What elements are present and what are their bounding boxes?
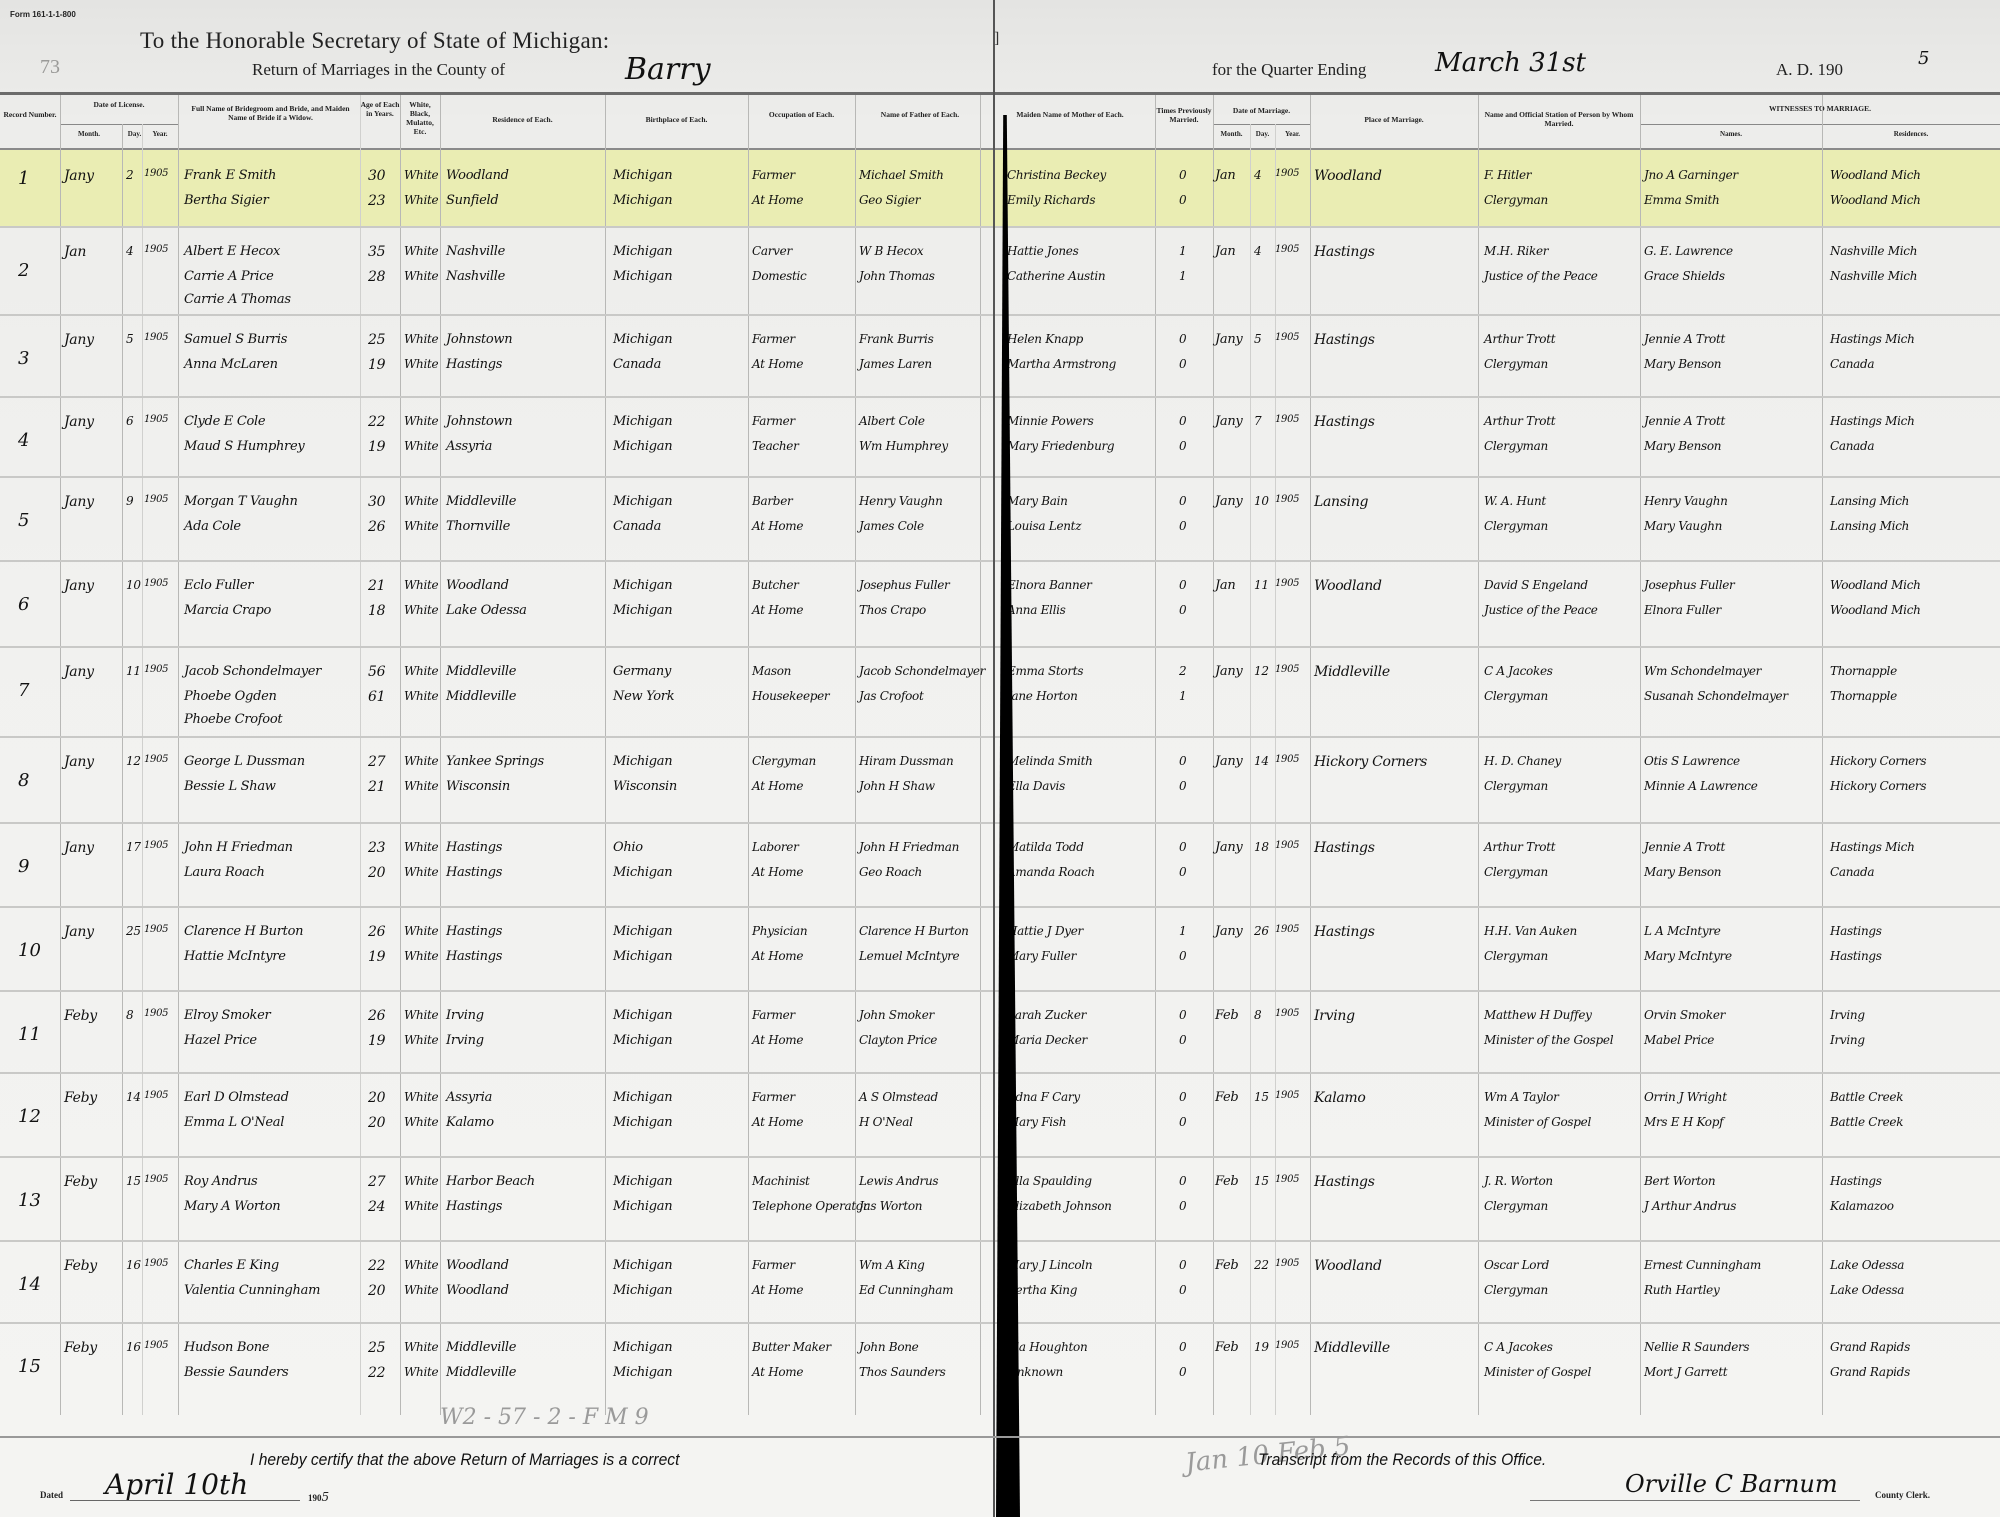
residence: Middleville	[446, 689, 516, 704]
residence: Middleville	[446, 1365, 516, 1380]
record-number: 9	[18, 856, 29, 877]
groom-name: Samuel S Burris	[184, 332, 287, 347]
marriage-day: 26	[1254, 924, 1269, 938]
license-day: 14	[126, 1090, 141, 1104]
officiant: Clergyman	[1484, 779, 1548, 793]
col-header-license-year: Year.	[142, 130, 178, 138]
witness-residence: Hastings	[1830, 949, 1882, 963]
bride-name: Emma L O'Neal	[184, 1115, 284, 1130]
bride-name: Maud S Humphrey	[184, 439, 304, 454]
witness-name: Mary Benson	[1644, 357, 1721, 371]
residence: Middleville	[446, 494, 516, 509]
birthplace: Michigan	[613, 168, 672, 183]
mother-name: Emily Richards	[1007, 193, 1095, 207]
father-name: W B Hecox	[859, 244, 923, 258]
father-name: Lemuel McIntyre	[859, 949, 959, 963]
col-header-mother: Maiden Name of Mother of Each.	[985, 110, 1155, 119]
residence: Woodland	[446, 1258, 509, 1273]
occupation: Housekeeper	[752, 689, 829, 703]
color: White	[404, 1365, 438, 1379]
witness-name: Orrin J Wright	[1644, 1090, 1727, 1104]
place-of-marriage: Woodland	[1314, 168, 1382, 184]
color: White	[404, 1283, 438, 1297]
marriage-year: 1905	[1275, 332, 1299, 343]
officiant: Clergyman	[1484, 193, 1548, 207]
color: White	[404, 1115, 438, 1129]
groom-name: Albert E Hecox	[184, 244, 280, 259]
residence: Yankee Springs	[446, 754, 544, 769]
marriage-month: Jan	[1215, 578, 1235, 593]
residence: Assyria	[446, 1090, 492, 1105]
occupation: Telephone Operator	[752, 1199, 868, 1213]
column-rule	[360, 95, 361, 1415]
marriage-year: 1905	[1275, 578, 1299, 589]
times-married: 0	[1179, 1115, 1186, 1129]
license-month: Jany	[64, 494, 94, 510]
color: White	[404, 168, 438, 182]
witness-name: Susanah Schondelmayer	[1644, 689, 1788, 703]
occupation: Barber	[752, 494, 792, 508]
witness-residence: Irving	[1830, 1008, 1865, 1022]
marriage-month: Jany	[1215, 664, 1242, 679]
witness-residence: Woodland Mich	[1830, 193, 1921, 207]
father-name: Clarence H Burton	[859, 924, 969, 938]
color: White	[404, 519, 438, 533]
mother-name: Catherine Austin	[1007, 269, 1105, 283]
license-day: 16	[126, 1258, 141, 1272]
residence: Thornville	[446, 519, 510, 534]
age: 19	[368, 439, 385, 455]
occupation: At Home	[752, 603, 803, 617]
column-rule	[1310, 95, 1311, 1415]
marriage-year: 1905	[1275, 1174, 1299, 1185]
groom-name: Clarence H Burton	[184, 924, 303, 939]
license-year: 1905	[144, 578, 168, 589]
mother-name: Mary Fuller	[1007, 949, 1076, 963]
marriage-day: 22	[1254, 1258, 1269, 1272]
birthplace: Michigan	[613, 494, 672, 509]
times-married: 0	[1179, 439, 1186, 453]
groom-name: Morgan T Vaughn	[184, 494, 298, 509]
col-header-full-name: Full Name of Bridegroom and Bride, and M…	[188, 104, 353, 122]
license-year: 1905	[144, 1090, 168, 1101]
groom-name: Jacob Schondelmayer	[184, 664, 321, 679]
times-married: 0	[1179, 168, 1186, 182]
record-number: 1	[18, 168, 29, 189]
occupation: Farmer	[752, 414, 795, 428]
witness-residence: Battle Creek	[1830, 1090, 1903, 1104]
times-married: 0	[1179, 1008, 1186, 1022]
father-name: James Cole	[859, 519, 924, 533]
father-name: Hiram Dussman	[859, 754, 953, 768]
license-month: Jany	[64, 578, 94, 594]
place-of-marriage: Hastings	[1314, 244, 1375, 260]
marriage-year: 1905	[1275, 664, 1299, 675]
color: White	[404, 269, 438, 283]
witness-name: G. E. Lawrence	[1644, 244, 1733, 258]
marriage-year: 1905	[1275, 840, 1299, 851]
birthplace: Wisconsin	[613, 779, 677, 794]
age: 20	[368, 1115, 385, 1131]
place-of-marriage: Middleville	[1314, 1340, 1390, 1356]
father-name: Clayton Price	[859, 1033, 937, 1047]
witness-residence: Hickory Corners	[1830, 779, 1926, 793]
officiant: Clergyman	[1484, 357, 1548, 371]
color: White	[404, 1008, 438, 1022]
father-name: Thos Crapo	[859, 603, 926, 617]
marriage-month: Jany	[1215, 332, 1242, 347]
color: White	[404, 840, 438, 854]
document-subtitle: Return of Marriages in the County of	[252, 60, 505, 80]
witness-residence: Grand Rapids	[1830, 1365, 1910, 1379]
col-header-times-married: Times Previously Married.	[1155, 106, 1213, 124]
witness-residence: Canada	[1830, 865, 1874, 879]
record-number: 14	[18, 1274, 41, 1295]
license-year: 1905	[144, 664, 168, 675]
bride-name: Hazel Price	[184, 1033, 257, 1048]
residence: Woodland	[446, 578, 509, 593]
birthplace: Michigan	[613, 1090, 672, 1105]
col-header-marriage-month: Month.	[1213, 130, 1250, 138]
col-header-marriage-year: Year.	[1275, 130, 1310, 138]
col-header-place: Place of Marriage.	[1310, 115, 1478, 124]
times-married: 0	[1179, 1340, 1186, 1354]
father-name: John Smoker	[859, 1008, 934, 1022]
license-year: 1905	[144, 1340, 168, 1351]
color: White	[404, 1340, 438, 1354]
marriage-day: 11	[1254, 578, 1269, 592]
residence: Hastings	[446, 357, 502, 372]
form-number: Form 161-1-1-800	[10, 10, 76, 19]
license-year: 1905	[144, 754, 168, 765]
license-month: Jany	[64, 168, 94, 184]
witness-residence: Canada	[1830, 357, 1874, 371]
groom-name: Frank E Smith	[184, 168, 276, 183]
father-name: Henry Vaughn	[859, 494, 943, 508]
birthplace: Michigan	[613, 924, 672, 939]
header-rule	[0, 92, 2000, 95]
record-number: 3	[18, 348, 29, 369]
license-month: Jany	[64, 332, 94, 348]
col-header-marriage-day: Day.	[1250, 130, 1275, 138]
mother-name: Emma Storts	[1007, 664, 1083, 678]
father-name: John H Friedman	[859, 840, 959, 854]
ad-value: 5	[1918, 48, 1929, 69]
footer-rule	[0, 1436, 2000, 1438]
witness-name: L A McIntyre	[1644, 924, 1721, 938]
witness-name: Nellie R Saunders	[1644, 1340, 1749, 1354]
column-rule	[178, 95, 179, 1415]
marriage-year: 1905	[1275, 1008, 1299, 1019]
times-married: 0	[1179, 519, 1186, 533]
occupation: Laborer	[752, 840, 799, 854]
record-number: 5	[18, 510, 29, 531]
officiant: C A Jacokes	[1484, 664, 1553, 678]
times-married: 0	[1179, 779, 1186, 793]
color: White	[404, 779, 438, 793]
officiant: Clergyman	[1484, 689, 1548, 703]
witness-name: Jennie A Trott	[1644, 414, 1725, 428]
witness-name: Wm Schondelmayer	[1644, 664, 1761, 678]
color: White	[404, 1090, 438, 1104]
witness-name: Mabel Price	[1644, 1033, 1714, 1047]
marriage-month: Feb	[1215, 1008, 1238, 1023]
witness-name: Mary Vaughn	[1644, 519, 1722, 533]
marriage-day: 8	[1254, 1008, 1261, 1022]
marriage-year: 1905	[1275, 754, 1299, 765]
column-rule	[1213, 95, 1214, 1415]
color: White	[404, 494, 438, 508]
father-name: Wm A King	[859, 1258, 925, 1272]
witness-name: J Arthur Andrus	[1644, 1199, 1736, 1213]
groom-name: Elroy Smoker	[184, 1008, 270, 1023]
occupation: At Home	[752, 865, 803, 879]
times-married: 0	[1179, 1365, 1186, 1379]
license-day: 2	[126, 168, 133, 182]
times-married: 0	[1179, 494, 1186, 508]
bride-name: Phoebe Ogden	[184, 689, 277, 704]
officiant: F. Hitler	[1484, 168, 1531, 182]
place-of-marriage: Kalamo	[1314, 1090, 1366, 1106]
record-number: 10	[18, 940, 41, 961]
record-divider	[0, 396, 2000, 398]
license-year: 1905	[144, 332, 168, 343]
officiant: Minister of the Gospel	[1484, 1033, 1613, 1047]
age: 25	[368, 1340, 385, 1356]
birthplace: Michigan	[613, 244, 672, 259]
mother-name: Jane Horton	[1007, 689, 1078, 703]
marriage-year: 1905	[1275, 244, 1299, 255]
color: White	[404, 1199, 438, 1213]
mother-name: Ella Davis	[1007, 779, 1065, 793]
times-married: 0	[1179, 193, 1186, 207]
age: 21	[368, 779, 385, 795]
times-married: 1	[1179, 269, 1186, 283]
birthplace: Michigan	[613, 865, 672, 880]
marriage-year: 1905	[1275, 494, 1299, 505]
mother-name: Minnie Powers	[1007, 414, 1094, 428]
occupation: At Home	[752, 1283, 803, 1297]
record-number: 8	[18, 770, 29, 791]
age: 27	[368, 754, 385, 770]
column-rule	[1640, 95, 1641, 1415]
witness-residence: Lake Odessa	[1830, 1283, 1904, 1297]
groom-name: Earl D Olmstead	[184, 1090, 289, 1105]
color: White	[404, 1174, 438, 1188]
column-rule	[748, 95, 749, 1415]
witness-name: Jennie A Trott	[1644, 840, 1725, 854]
color: White	[404, 414, 438, 428]
license-day: 8	[126, 1008, 133, 1022]
officiant: W. A. Hunt	[1484, 494, 1546, 508]
page-number: 73	[40, 56, 60, 79]
times-married: 1	[1179, 689, 1186, 703]
witness-residence: Hastings	[1830, 1174, 1882, 1188]
age: 22	[368, 414, 385, 430]
place-of-marriage: Hastings	[1314, 840, 1375, 856]
age: 24	[368, 1199, 385, 1215]
place-of-marriage: Hastings	[1314, 924, 1375, 940]
officiant: David S Engeland	[1484, 578, 1588, 592]
times-married: 0	[1179, 754, 1186, 768]
officiant: Arthur Trott	[1484, 414, 1555, 428]
place-of-marriage: Lansing	[1314, 494, 1368, 510]
officiant: H.H. Van Auken	[1484, 924, 1577, 938]
col-header-residence: Residence of Each.	[440, 115, 605, 124]
color: White	[404, 664, 438, 678]
marriage-month: Jan	[1215, 168, 1235, 183]
marriage-month: Jany	[1215, 754, 1242, 769]
father-name: James Laren	[859, 357, 932, 371]
mother-name: Mary J Lincoln	[1007, 1258, 1092, 1272]
witness-residence: Kalamazoo	[1830, 1199, 1894, 1213]
record-highlight	[0, 150, 2000, 226]
pencil-note-left: W2 - 57 - 2 - F M 9	[440, 1405, 649, 1430]
column-rule	[855, 95, 856, 1415]
birthplace: Ohio	[613, 840, 643, 855]
license-day: 9	[126, 494, 133, 508]
marriage-month: Jany	[1215, 840, 1242, 855]
color: White	[404, 754, 438, 768]
record-number: 7	[18, 680, 29, 701]
witness-residence: Hickory Corners	[1830, 754, 1926, 768]
birthplace: Michigan	[613, 1008, 672, 1023]
color: White	[404, 332, 438, 346]
birthplace: Michigan	[613, 414, 672, 429]
marriage-day: 5	[1254, 332, 1261, 346]
bride-name: Mary A Worton	[184, 1199, 280, 1214]
residence: Hastings	[446, 924, 502, 939]
color: White	[404, 578, 438, 592]
age: 20	[368, 1283, 385, 1299]
witness-residence: Woodland Mich	[1830, 578, 1921, 592]
groom-name: Roy Andrus	[184, 1174, 257, 1189]
witness-name: Mary McIntyre	[1644, 949, 1732, 963]
age: 56	[368, 664, 385, 680]
witness-name: Elnora Fuller	[1644, 603, 1721, 617]
residence: Harbor Beach	[446, 1174, 535, 1189]
record-divider	[0, 560, 2000, 562]
marriage-day: 14	[1254, 754, 1269, 768]
mother-name: Maria Decker	[1007, 1033, 1087, 1047]
record-number: 13	[18, 1190, 41, 1211]
residence: Johnstown	[446, 332, 512, 347]
witness-residence: Battle Creek	[1830, 1115, 1903, 1129]
witness-name: Bert Worton	[1644, 1174, 1715, 1188]
marriage-year: 1905	[1275, 168, 1299, 179]
father-name: Jas Crofoot	[859, 689, 924, 703]
times-married: 0	[1179, 840, 1186, 854]
license-day: 5	[126, 332, 133, 346]
father-name: Albert Cole	[859, 414, 925, 428]
column-rule	[1822, 95, 1823, 1415]
bride-name: Bessie Saunders	[184, 1365, 288, 1380]
witness-residence: Canada	[1830, 439, 1874, 453]
col-header-record-number: Record Number.	[0, 110, 60, 119]
father-name: Josephus Fuller	[859, 578, 949, 592]
officiant: H. D. Chaney	[1484, 754, 1561, 768]
witness-name: Grace Shields	[1644, 269, 1725, 283]
record-divider	[0, 226, 2000, 228]
times-married: 0	[1179, 578, 1186, 592]
place-of-marriage: Woodland	[1314, 578, 1382, 594]
mother-name: Hattie J Dyer	[1007, 924, 1083, 938]
residence: Woodland	[446, 168, 509, 183]
marriage-month: Feb	[1215, 1090, 1238, 1105]
bride-name: Bessie L Shaw	[184, 779, 276, 794]
place-of-marriage: Woodland	[1314, 1258, 1382, 1274]
officiant: Justice of the Peace	[1484, 269, 1598, 283]
birthplace: Michigan	[613, 439, 672, 454]
occupation: Domestic	[752, 269, 806, 283]
birthplace: Michigan	[613, 949, 672, 964]
marriage-day: 4	[1254, 244, 1261, 258]
officiant: Matthew H Duffey	[1484, 1008, 1592, 1022]
witness-residence: Hastings Mich	[1830, 840, 1915, 854]
father-name: Ed Cunningham	[859, 1283, 953, 1297]
witness-name: Ernest Cunningham	[1644, 1258, 1761, 1272]
column-rule	[1275, 124, 1276, 1415]
times-married: 0	[1179, 1199, 1186, 1213]
license-month: Jany	[64, 664, 94, 680]
col-header-date-of-marriage: Date of Marriage.	[1213, 106, 1310, 115]
county-name: Barry	[625, 52, 711, 87]
license-month: Jan	[64, 244, 86, 260]
mother-name: Edna F Cary	[1007, 1090, 1080, 1104]
father-name: John H Shaw	[859, 779, 935, 793]
marriage-month: Jany	[1215, 414, 1242, 429]
place-of-marriage: Hastings	[1314, 332, 1375, 348]
transcript-text: Transcript from the Records of this Offi…	[1258, 1450, 1546, 1470]
witness-name: Mort J Garrett	[1644, 1365, 1727, 1379]
license-day: 11	[126, 664, 141, 678]
officiant: M.H. Riker	[1484, 244, 1548, 258]
witness-residence: Woodland Mich	[1830, 603, 1921, 617]
marriage-month: Feb	[1215, 1340, 1238, 1355]
witness-name: Mary Benson	[1644, 439, 1721, 453]
occupation: At Home	[752, 779, 803, 793]
times-married: 0	[1179, 1283, 1186, 1297]
column-rule	[605, 95, 606, 1415]
residence: Middleville	[446, 1340, 516, 1355]
marriage-month: Jan	[1215, 244, 1235, 259]
birthplace: Michigan	[613, 269, 672, 284]
residence: Hastings	[446, 949, 502, 964]
age: 23	[368, 193, 385, 209]
page-gutter-line	[993, 0, 995, 1517]
occupation: Mason	[752, 664, 791, 678]
marriage-month: Jany	[1215, 494, 1242, 509]
occupation: Butter Maker	[752, 1340, 831, 1354]
col-header-witnesses: WITNESSES TO MARRIAGE.	[1640, 104, 2000, 113]
bride-maiden-name: Phoebe Crofoot	[184, 712, 282, 727]
father-name: John Bone	[859, 1340, 918, 1354]
officiant: Justice of the Peace	[1484, 603, 1598, 617]
times-married: 0	[1179, 865, 1186, 879]
father-name: Michael Smith	[859, 168, 944, 182]
birthplace: Michigan	[613, 1033, 672, 1048]
mother-name: Amanda Roach	[1007, 865, 1095, 879]
age: 20	[368, 865, 385, 881]
record-divider	[0, 736, 2000, 738]
witness-name: Minnie A Lawrence	[1644, 779, 1758, 793]
marriage-year: 1905	[1275, 1258, 1299, 1269]
witness-residence: Thornapple	[1830, 664, 1897, 678]
witness-residence: Thornapple	[1830, 689, 1897, 703]
witness-residence: Hastings Mich	[1830, 332, 1915, 346]
witness-residence: Lake Odessa	[1830, 1258, 1904, 1272]
father-name: Thos Saunders	[859, 1365, 946, 1379]
